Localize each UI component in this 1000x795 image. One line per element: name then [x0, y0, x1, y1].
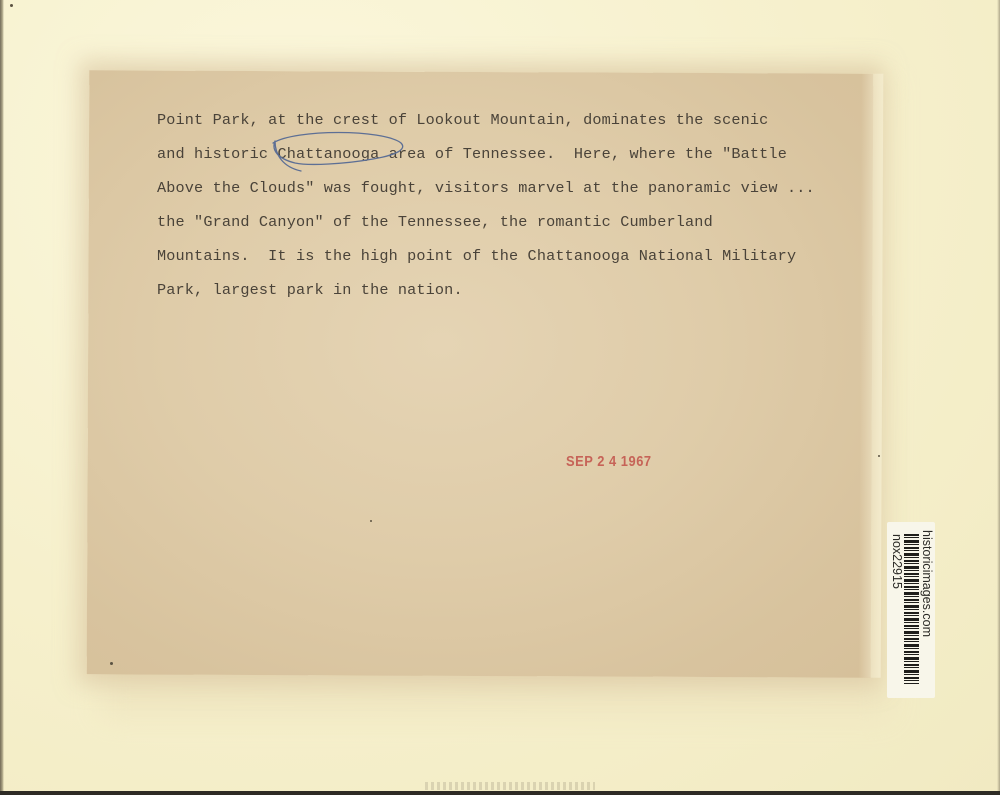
caption-line-2: and historic Chattanooga area of Tenness… [157, 137, 877, 171]
caption-line-5: Mountains. It is the high point of the C… [157, 239, 877, 273]
circled-word-text: Chattanooga [277, 145, 379, 163]
dust-speck [878, 455, 880, 457]
typed-caption: Point Park, at the crest of Lookout Moun… [157, 103, 877, 307]
circled-word: Chattanooga [277, 137, 379, 171]
caption-line-1: Point Park, at the crest of Lookout Moun… [157, 103, 877, 137]
barcode-label: historicimages.com nox22915 [887, 522, 935, 698]
date-stamp: SEP 2 4 1967 [566, 453, 652, 470]
barcode-id-text: nox22915 [890, 534, 904, 589]
scan-bottom-edge [0, 791, 1000, 795]
caption-line-6: Park, largest park in the nation. [157, 273, 877, 307]
archive-scan-page: Point Park, at the crest of Lookout Moun… [0, 0, 1000, 795]
barcode-label-content: historicimages.com nox22915 [888, 524, 934, 696]
caption-line-3: Above the Clouds" was fought, visitors m… [157, 171, 877, 205]
dust-speck [370, 520, 372, 522]
scan-left-edge [0, 0, 4, 795]
caption-line-2-start: and historic [157, 145, 277, 163]
caption-line-2-end: area of Tennessee. Here, where the "Batt… [379, 145, 787, 163]
barcode-site-text: historicimages.com [920, 530, 934, 637]
barcode-icon [904, 534, 919, 684]
dust-speck [110, 662, 113, 665]
bottom-edge-imprint [425, 782, 595, 790]
dust-speck [10, 4, 13, 7]
caption-line-4: the "Grand Canyon" of the Tennessee, the… [157, 205, 877, 239]
